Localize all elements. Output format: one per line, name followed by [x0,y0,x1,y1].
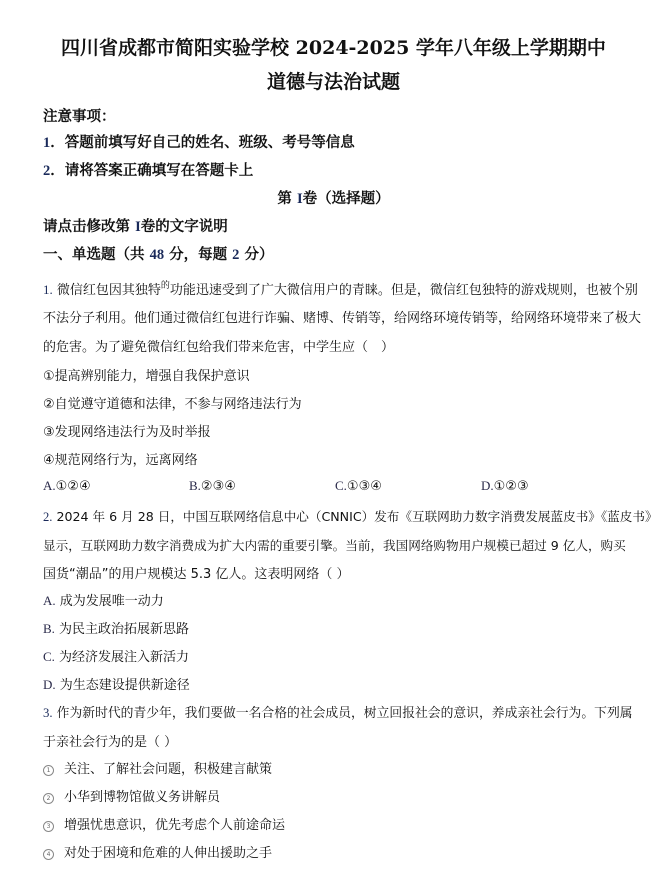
statement-text: 小华到博物馆做义务讲解员 [64,790,220,805]
question-1-statement-4: ④规范网络行为，远离网络 [43,449,198,468]
option-letter: C. [43,649,55,664]
question-1-options: A.①②④ B.②③④ C.①③④ D.①②③ [43,478,643,496]
question-3-stem-line1: 3. 作为新时代的青少年，我们要做一名合格的社会成员，树立回报社会的意识，养成亲… [43,702,633,721]
volume-heading-post: 卷（选择题） [303,191,390,207]
stem-text: 功能迅速受到了广大微信用户的青睐。但是，微信红包独特的游戏规则，也被个别 [170,283,638,298]
circled-number-3-icon: 3 [43,821,54,832]
question-number: 3. [43,706,53,720]
stem-superscript: 的 [161,281,170,291]
option-text: 为生态建设提供新途径 [56,678,190,693]
circled-number-1-icon: 1 [43,765,54,776]
question-number: 1. [43,282,53,297]
section-heading: 一、单选题（共 48 分，每题 2 分） [43,243,273,264]
option-letter: A. [43,478,56,493]
question-1-stem-line3: 的危害。为了避免微信红包给我们带来危害，中学生应（ ） [43,336,394,355]
circled-number-4-icon: 4 [43,849,54,860]
question-1-option-c[interactable]: C.①③④ [335,478,382,494]
option-letter: B. [189,478,201,493]
question-3-statement-4: 4对处于困境和危难的人伸出援助之手 [43,842,272,861]
statement-text: 关注、了解社会问题，积极建言献策 [64,762,272,777]
question-2-option-b[interactable]: B. 为民主政治拓展新思路 [43,618,189,637]
exam-title-line2: 道德与法治试题 [0,67,667,94]
notice-heading: 注意事项： [43,105,116,126]
question-1-option-b[interactable]: B.②③④ [189,478,236,494]
volume-heading-pre: 第 [277,191,297,207]
notice-item-text: ．请将答案正确填写在答题卡上 [50,163,253,179]
section-post: 分） [239,247,273,263]
volume-heading: 第 I卷（选择题） [0,187,667,208]
exam-page: 四川省成都市简阳实验学校 2024-2025 学年八年级上学期期中 道德与法治试… [0,0,667,874]
stem-text: 2024 年 6 月 28 日，中国互联网络信息中心（CNNIC）发布《互联网助… [52,509,657,524]
option-letter: B. [43,621,55,636]
exam-title-line1: 四川省成都市简阳实验学校 2024-2025 学年八年级上学期期中 [0,33,667,60]
question-3-statement-2: 2小华到博物馆做义务讲解员 [43,786,220,805]
notice-item-1: 1．答题前填写好自己的姓名、班级、考号等信息 [43,131,355,152]
option-text: ①②④ [56,479,91,494]
volume-note[interactable]: 请点击修改第 I卷的文字说明 [43,215,228,236]
option-letter: C. [335,478,347,493]
option-text: 为经济发展注入新活力 [55,650,189,665]
notice-item-2: 2．请将答案正确填写在答题卡上 [43,159,253,180]
statement-text: 对处于困境和危难的人伸出援助之手 [64,846,272,861]
stem-text: 作为新时代的青少年，我们要做一名合格的社会成员，树立回报社会的意识，养成亲社会行… [53,706,633,721]
question-2-stem-line2: 显示，互联网助力数字消费成为扩大内需的重要引擎。当前，我国网络购物用户规模已超过… [43,535,626,554]
section-pre: 一、单选题（共 [43,247,150,263]
statement-text: 增强忧患意识，优先考虑个人前途命运 [64,818,285,833]
option-text: 为民主政治拓展新思路 [55,622,189,637]
volume-note-pre: 请点击修改第 [43,219,135,235]
option-letter: D. [43,677,56,692]
question-2-stem-line1: 2. 2024 年 6 月 28 日，中国互联网络信息中心（CNNIC）发布《互… [43,506,658,525]
volume-note-post: 卷的文字说明 [141,219,228,235]
notice-item-text: ．答题前填写好自己的姓名、班级、考号等信息 [50,135,355,151]
question-3-stem-line2: 于亲社会行为的是（ ） [43,731,177,750]
question-1-stem-line1: 1. 微信红包因其独特的功能迅速受到了广大微信用户的青睐。但是，微信红包独特的游… [43,278,638,298]
stem-text: 微信红包因其独特 [57,283,161,298]
section-mid: 分，每题 [164,247,232,263]
question-1-option-d[interactable]: D.①②③ [481,478,529,494]
question-2-option-c[interactable]: C. 为经济发展注入新活力 [43,646,189,665]
question-1-option-a[interactable]: A.①②④ [43,478,91,494]
question-1-statement-3: ③发现网络违法行为及时举报 [43,421,211,440]
question-1-stem-line2: 不法分子利用。他们通过微信红包进行诈骗、赌博、传销等，给网络环境传销等，给网络环… [43,307,641,326]
option-text: ②③④ [201,479,236,494]
question-1-statement-1: ①提高辨别能力，增强自我保护意识 [43,365,250,384]
question-1-statement-2: ②自觉遵守道德和法律，不参与网络违法行为 [43,393,302,412]
option-letter: D. [481,478,494,493]
question-2-option-d[interactable]: D. 为生态建设提供新途径 [43,674,190,693]
option-text: 成为发展唯一动力 [56,594,164,609]
section-total-score: 48 [150,247,165,263]
option-text: ①②③ [494,479,529,494]
question-2-option-a[interactable]: A. 成为发展唯一动力 [43,590,164,609]
question-3-statement-3: 3增强忧患意识，优先考虑个人前途命运 [43,814,285,833]
option-letter: A. [43,593,56,608]
question-3-statement-1: 1关注、了解社会问题，积极建言献策 [43,758,272,777]
question-2-stem-line3: 国货“潮品”的用户规模达 5.3 亿人。这表明网络（ ） [43,563,350,582]
option-text: ①③④ [347,479,382,494]
circled-number-2-icon: 2 [43,793,54,804]
